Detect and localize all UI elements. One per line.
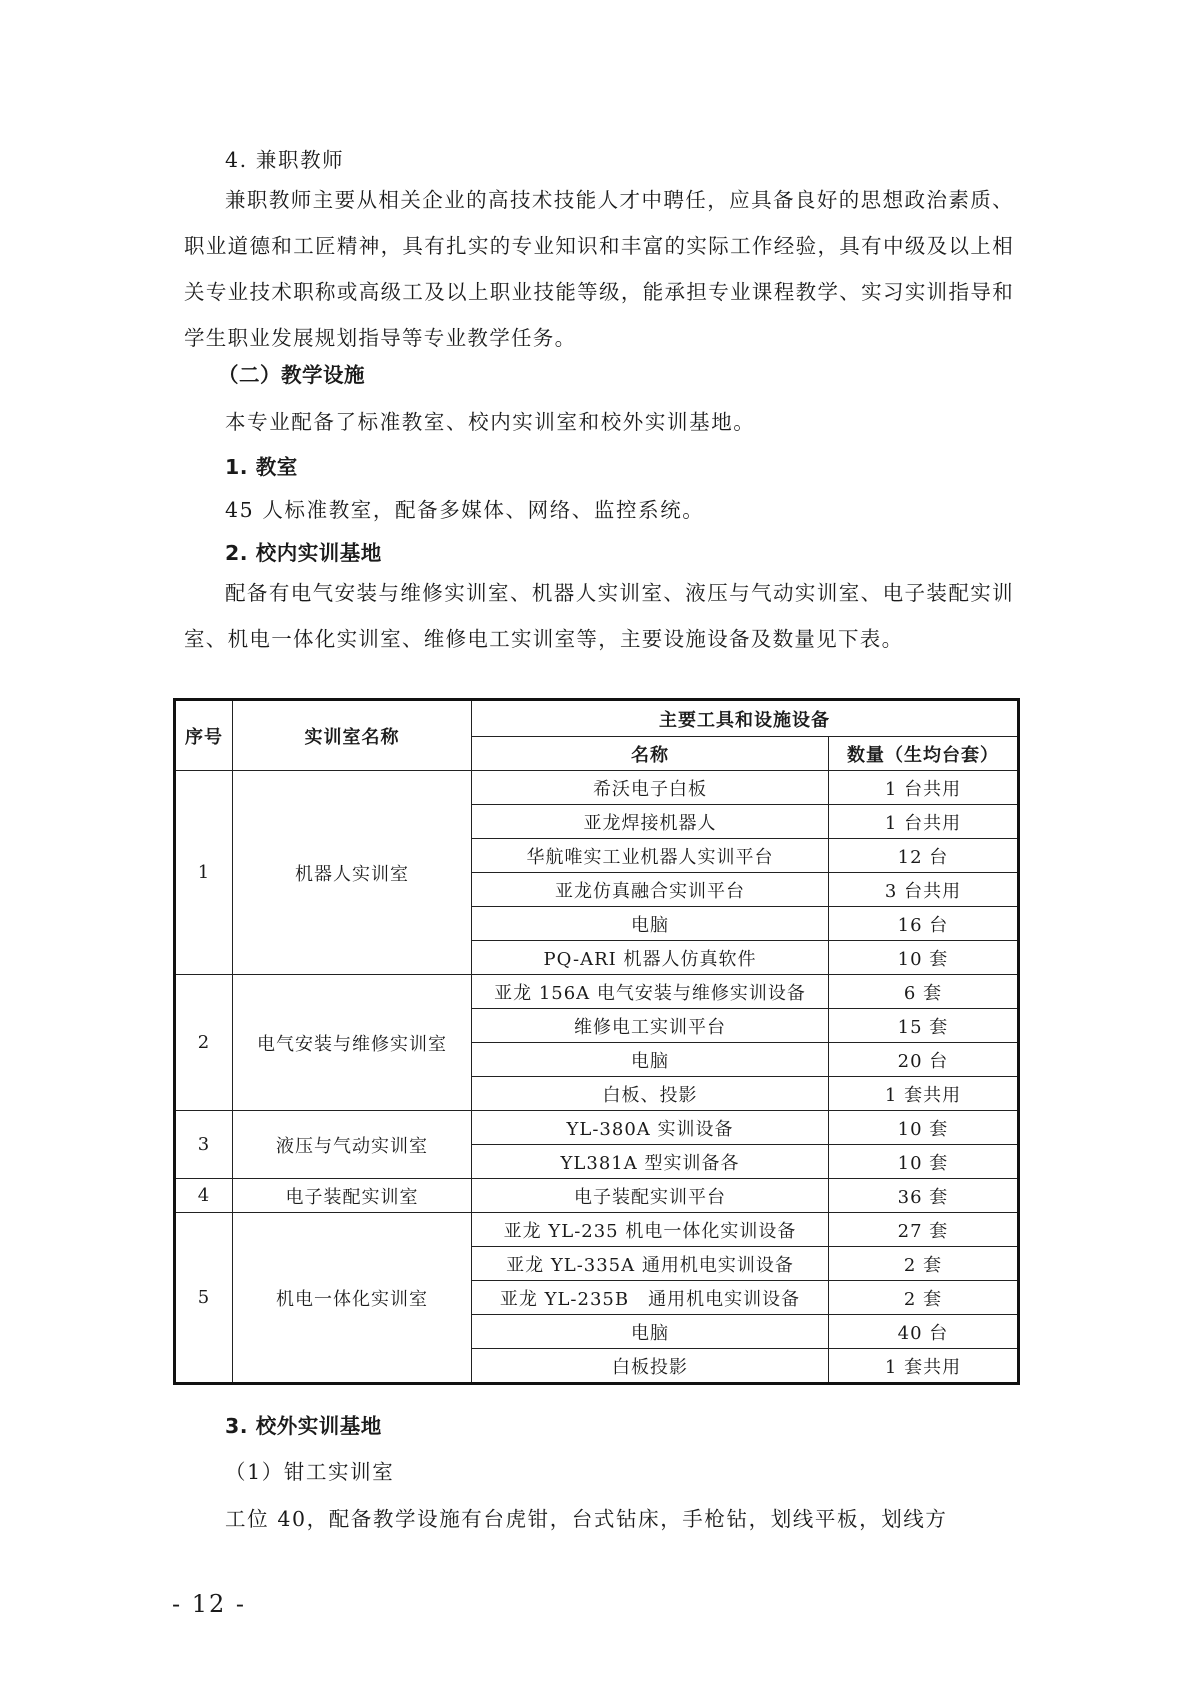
row-index: 1	[175, 771, 233, 975]
equipment-qty: 15 套	[829, 1009, 1019, 1043]
row-index: 5	[175, 1213, 233, 1384]
equipment-qty: 6 套	[829, 975, 1019, 1009]
table-row: 2 电气安装与维修实训室 亚龙 156A 电气安装与维修实训设备 6 套	[175, 975, 1019, 1009]
section-4-heading: 4. 兼职教师	[225, 150, 344, 171]
equipment-qty: 20 台	[829, 1043, 1019, 1077]
row-room-name: 电子装配实训室	[233, 1179, 472, 1213]
equipment-qty: 10 套	[829, 1111, 1019, 1145]
equipment-name: 亚龙 YL-235 机电一体化实训设备	[472, 1213, 829, 1247]
classroom-heading: 1. 教室	[225, 457, 298, 478]
equipment-name: 华航唯实工业机器人实训平台	[472, 839, 829, 873]
header-room-name: 实训室名称	[233, 700, 472, 771]
row-index: 2	[175, 975, 233, 1111]
row-room-name: 机电一体化实训室	[233, 1213, 472, 1384]
equipment-name: 电脑	[472, 1315, 829, 1349]
table-row: 3 液压与气动实训室 YL-380A 实训设备 10 套	[175, 1111, 1019, 1145]
equipment-qty: 27 套	[829, 1213, 1019, 1247]
equipment-qty: 12 台	[829, 839, 1019, 873]
equipment-qty: 2 套	[829, 1281, 1019, 1315]
equipment-name: 白板、投影	[472, 1077, 829, 1111]
equipment-name: 希沃电子白板	[472, 771, 829, 805]
equipment-name: 电子装配实训平台	[472, 1179, 829, 1213]
offsite-paragraph: 工位 40，配备教学设施有台虎钳，台式钻床，手枪钻，划线平板，划线方	[225, 1509, 948, 1530]
row-index: 4	[175, 1179, 233, 1213]
header-index: 序号	[175, 700, 233, 771]
equipment-name: 亚龙 YL-235B 通用机电实训设备	[472, 1281, 829, 1315]
row-room-name: 机器人实训室	[233, 771, 472, 975]
row-room-name: 液压与气动实训室	[233, 1111, 472, 1179]
header-quantity: 数量（生均台套）	[829, 737, 1019, 771]
offsite-sub-heading: （1）钳工实训室	[225, 1462, 394, 1483]
facilities-heading: （二）教学设施	[218, 365, 365, 386]
offsite-heading: 3. 校外实训基地	[225, 1416, 382, 1437]
table-body: 1 机器人实训室 希沃电子白板 1 台共用 亚龙焊接机器人 1 台共用 华航唯实…	[175, 771, 1019, 1384]
equipment-qty: 10 套	[829, 941, 1019, 975]
row-index: 3	[175, 1111, 233, 1179]
equipment-qty: 1 套共用	[829, 1349, 1019, 1384]
equipment-qty: 2 套	[829, 1247, 1019, 1281]
classroom-text: 45 人标准教室，配备多媒体、网络、监控系统。	[225, 500, 704, 521]
equipment-qty: 1 台共用	[829, 805, 1019, 839]
facilities-table: 序号 实训室名称 主要工具和设施设备 名称 数量（生均台套） 1 机器人实训室 …	[173, 698, 1020, 1385]
page-number: - 12 -	[172, 1590, 246, 1618]
header-equipment-name: 名称	[472, 737, 829, 771]
onsite-heading: 2. 校内实训基地	[225, 543, 382, 564]
equipment-name: PQ-ARI 机器人仿真软件	[472, 941, 829, 975]
equipment-qty: 3 台共用	[829, 873, 1019, 907]
table-row: 4 电子装配实训室 电子装配实训平台 36 套	[175, 1179, 1019, 1213]
table-row: 1 机器人实训室 希沃电子白板 1 台共用	[175, 771, 1019, 805]
facilities-intro: 本专业配备了标准教室、校内实训室和校外实训基地。	[225, 412, 755, 433]
table-header: 序号 实训室名称 主要工具和设施设备 名称 数量（生均台套）	[175, 700, 1019, 771]
equipment-qty: 1 套共用	[829, 1077, 1019, 1111]
equipment-qty: 16 台	[829, 907, 1019, 941]
equipment-name: 电脑	[472, 1043, 829, 1077]
table-row: 5 机电一体化实训室 亚龙 YL-235 机电一体化实训设备 27 套	[175, 1213, 1019, 1247]
equipment-qty: 1 台共用	[829, 771, 1019, 805]
equipment-name: YL-380A 实训设备	[472, 1111, 829, 1145]
equipment-qty: 10 套	[829, 1145, 1019, 1179]
equipment-name: 电脑	[472, 907, 829, 941]
equipment-qty: 40 台	[829, 1315, 1019, 1349]
equipment-name: 维修电工实训平台	[472, 1009, 829, 1043]
equipment-name: 亚龙焊接机器人	[472, 805, 829, 839]
equipment-name: 亚龙仿真融合实训平台	[472, 873, 829, 907]
equipment-qty: 36 套	[829, 1179, 1019, 1213]
row-room-name: 电气安装与维修实训室	[233, 975, 472, 1111]
onsite-paragraph: 配备有电气安装与维修实训室、机器人实训室、液压与气动实训室、电子装配实训室、机电…	[184, 570, 1014, 662]
equipment-name: 亚龙 YL-335A 通用机电实训设备	[472, 1247, 829, 1281]
equipment-name: YL381A 型实训备各	[472, 1145, 829, 1179]
equipment-name: 亚龙 156A 电气安装与维修实训设备	[472, 975, 829, 1009]
header-equipment-group: 主要工具和设施设备	[472, 700, 1019, 737]
section-4-paragraph: 兼职教师主要从相关企业的高技术技能人才中聘任，应具备良好的思想政治素质、职业道德…	[184, 177, 1014, 361]
equipment-name: 白板投影	[472, 1349, 829, 1384]
